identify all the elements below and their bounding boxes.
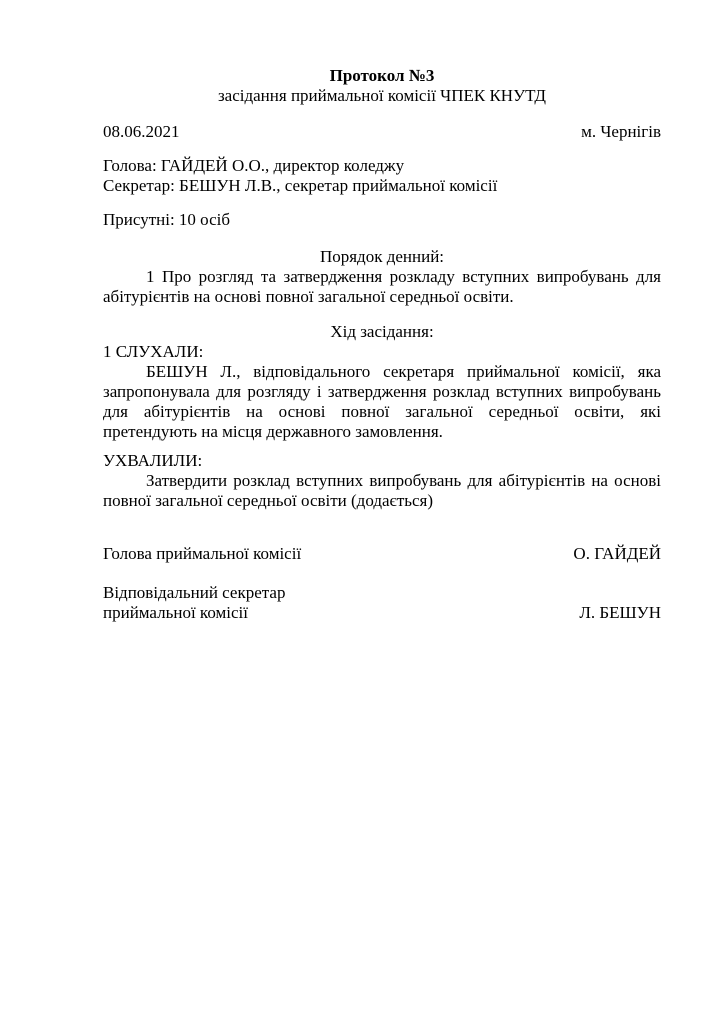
proceedings-heading: Хід засідання: bbox=[103, 322, 661, 342]
signature-secretary-role: Відповідальний секретар приймальної комі… bbox=[103, 583, 285, 623]
heard-text: БЕШУН Л., відповідального секретаря прий… bbox=[103, 362, 661, 442]
agenda-heading: Порядок денний: bbox=[103, 247, 661, 267]
signature-secretary-role-line1: Відповідальний секретар bbox=[103, 583, 285, 603]
agenda-item-1: 1 Про розгляд та затвердження розкладу в… bbox=[103, 267, 661, 307]
signature-secretary-name: Л. БЕШУН bbox=[579, 603, 661, 623]
signature-secretary-role-line2: приймальної комісії bbox=[103, 603, 285, 623]
signature-chairman-name: О. ГАЙДЕЙ bbox=[573, 544, 661, 564]
document-subtitle: засідання приймальної комісії ЧПЕК КНУТД bbox=[103, 86, 661, 106]
signature-chairman-role: Голова приймальної комісії bbox=[103, 544, 301, 564]
resolved-label: УХВАЛИЛИ: bbox=[103, 451, 661, 471]
document-title: Протокол №3 bbox=[103, 66, 661, 86]
protocol-document-page: Протокол №3 засідання приймальної комісі… bbox=[0, 0, 724, 1024]
signature-block-chairman: Голова приймальної комісії О. ГАЙДЕЙ bbox=[103, 544, 661, 564]
chairman-line: Голова: ГАЙДЕЙ О.О., директор коледжу bbox=[103, 156, 661, 176]
document-date: 08.06.2021 bbox=[103, 122, 180, 142]
signature-block-secretary: Відповідальний секретар приймальної комі… bbox=[103, 583, 661, 623]
secretary-line: Секретар: БЕШУН Л.В., секретар приймальн… bbox=[103, 176, 661, 196]
resolved-text: Затвердити розклад вступних випробувань … bbox=[103, 471, 661, 511]
heard-label: 1 СЛУХАЛИ: bbox=[103, 342, 661, 362]
document-place: м. Чернігів bbox=[581, 122, 661, 142]
attendees-line: Присутні: 10 осіб bbox=[103, 210, 661, 230]
date-place-row: 08.06.2021 м. Чернігів bbox=[103, 122, 661, 142]
